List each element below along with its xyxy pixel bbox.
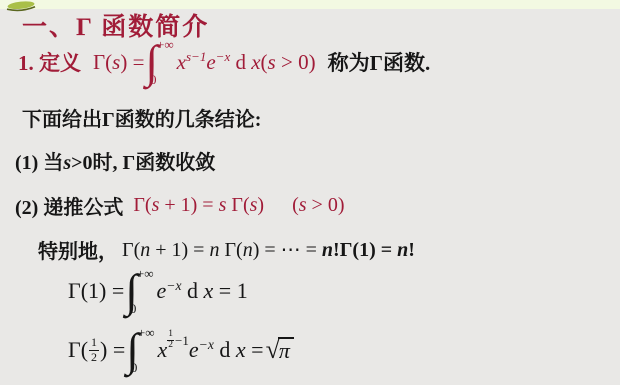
radicand-pi: π — [278, 337, 294, 362]
one-half-fraction: 1 2 — [89, 336, 99, 363]
integral-limits: +∞ 0 — [138, 326, 155, 374]
integral-upper-limit: +∞ — [138, 326, 155, 339]
x-base: x — [158, 337, 168, 363]
integral-lower-limit: 0 — [131, 361, 138, 374]
exponent-fraction-numerator: 1 — [167, 330, 174, 341]
gamma-half-close-equals: ) = — [100, 337, 125, 363]
integral-lower-limit: 0 — [130, 302, 137, 315]
exponent-fraction: 1 2 — [167, 330, 174, 351]
integral-sign: ∫ +∞ 0 — [126, 325, 154, 375]
gamma-definition-lhs: Γ(s) = — [93, 50, 144, 75]
recurrence-formula: Γ(s + 1) = s Γ(s) — [133, 194, 264, 217]
lecture-slide: 一、Γ 函数简介 1. 定义 Γ(s) = ∫ +∞ 0 xs−1e−x d x… — [0, 0, 620, 385]
special-case-label: 特别地， — [38, 235, 118, 264]
fraction-numerator: 1 — [89, 336, 99, 350]
conclusion-2-label: (2) 递推公式 — [15, 191, 123, 220]
gamma-half-formula-line: Γ ( 1 2 ) = ∫ +∞ 0 x 1 2 −1 e−x d x = √ … — [68, 320, 294, 380]
gamma-definition-integrand: xs−1e−x d x — [177, 50, 261, 75]
exponent-fraction-denominator: 2 — [168, 341, 173, 351]
gamma-definition-condition: (s > 0) — [261, 50, 316, 75]
definition-suffix: 称为Γ函数. — [328, 47, 431, 77]
definition-line: 1. 定义 Γ(s) = ∫ +∞ 0 xs−1e−x d x (s > 0) … — [18, 34, 430, 90]
special-case-line: 特别地， Γ(n + 1) = n Γ(n) = ⋯ = n!Γ(1) = n! — [38, 235, 415, 264]
square-root: √ π — [266, 337, 294, 363]
gamma-1-formula-line: Γ(1) = ∫ +∞ 0 e−x d x = 1 — [68, 263, 248, 319]
exponent-tail: −1 — [175, 334, 189, 347]
conclusion-2-line: (2) 递推公式 Γ(s + 1) = s Γ(s) (s > 0) — [15, 191, 345, 220]
gamma-half-integrand: e−x d x = — [189, 337, 264, 363]
integral-upper-limit: +∞ — [157, 38, 174, 51]
integral-sign: ∫ +∞ 0 — [145, 37, 173, 87]
integral-limits: +∞ 0 — [157, 38, 174, 86]
definition-label: 1. 定义 — [18, 47, 81, 77]
integral-sign: ∫ +∞ 0 — [125, 266, 153, 316]
conclusion-1-line: (1) 当s>0时, Γ函数收敛 — [15, 146, 215, 175]
integral-limits: +∞ 0 — [137, 267, 154, 315]
fraction-denominator: 2 — [91, 351, 97, 364]
gamma-1-lhs: Γ(1) = — [68, 278, 124, 304]
intro-line: 下面给出Γ函数的几条结论: — [22, 103, 261, 132]
recurrence-condition: (s > 0) — [292, 194, 344, 217]
gamma-half-open-paren: ( — [81, 337, 88, 363]
x-exponent: 1 2 −1 — [167, 330, 189, 351]
gamma-1-integrand: e−x d x = 1 — [157, 278, 248, 304]
integral-lower-limit: 0 — [150, 73, 157, 86]
gamma-half-gamma: Γ — [68, 337, 81, 363]
integral-upper-limit: +∞ — [137, 267, 154, 280]
factorial-formula: Γ(n + 1) = n Γ(n) = ⋯ = n!Γ(1) = n! — [122, 237, 415, 262]
